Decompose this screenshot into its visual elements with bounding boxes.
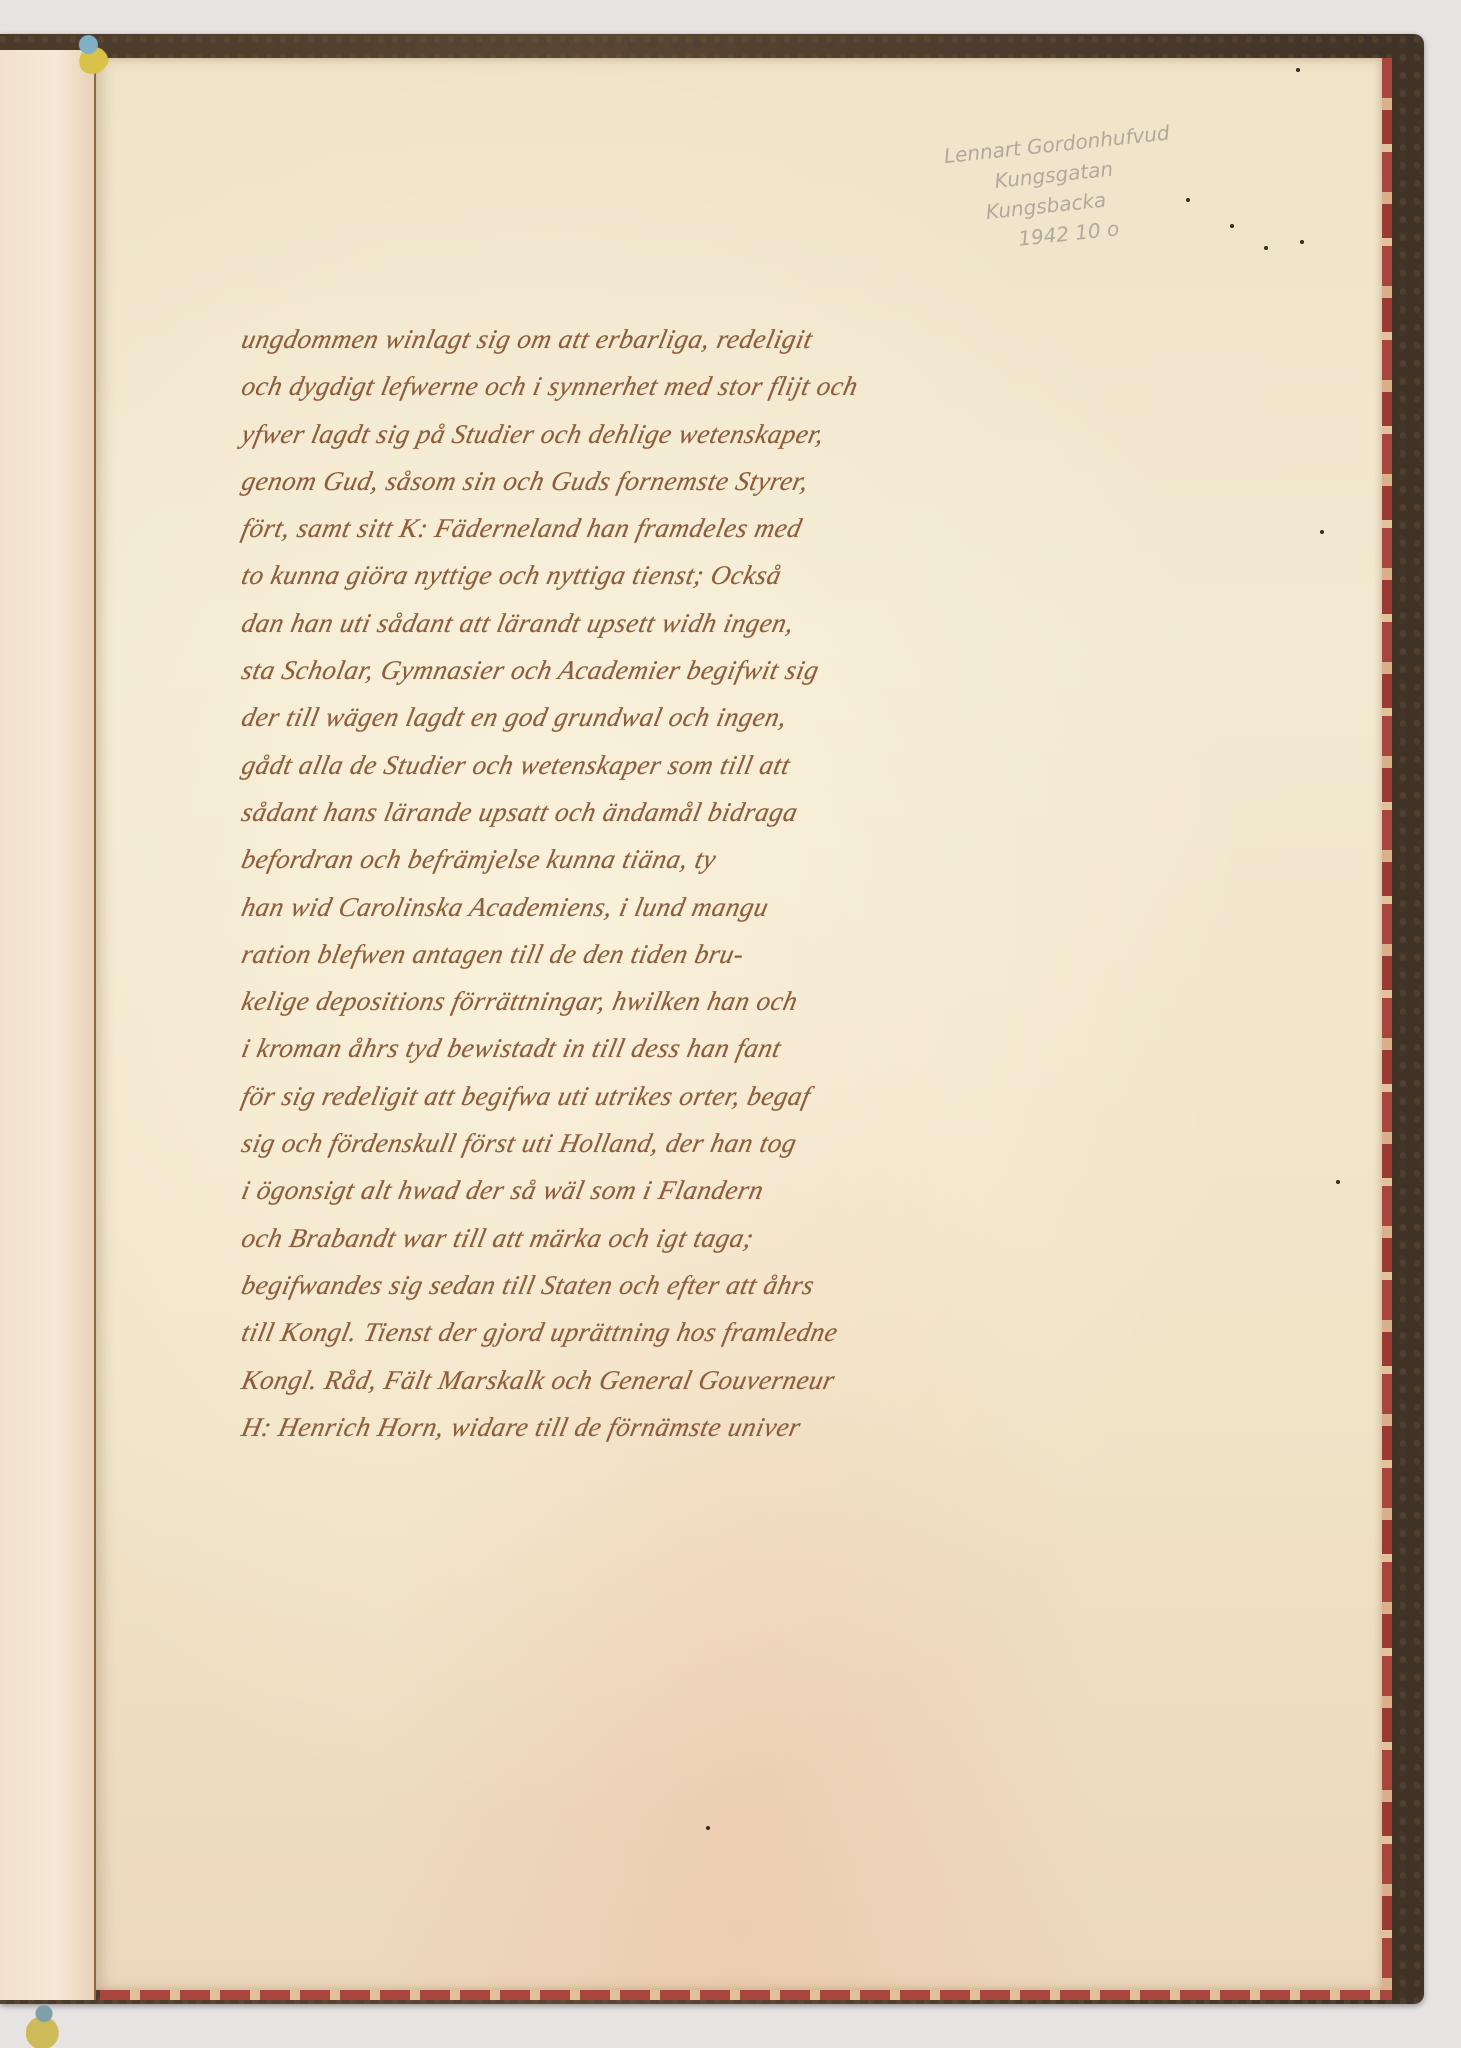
manuscript-line: sådant hans lärande upsatt och ändamål b…: [237, 789, 1207, 836]
foxing-spot: [1264, 246, 1268, 250]
manuscript-line: gådt alla de Studier och wetenskaper som…: [237, 742, 1207, 789]
manuscript-line: to kunna giöra nyttige och nyttiga tiens…: [237, 552, 1207, 599]
manuscript-line: ungdommen winlagt sig om att erbarliga, …: [237, 316, 1207, 363]
manuscript-line: sig och fördenskull först uti Holland, d…: [237, 1120, 1207, 1167]
foxing-spot: [1186, 198, 1190, 202]
manuscript-line: i kroman åhrs tyd bewistadt in till dess…: [237, 1025, 1207, 1072]
manuscript-line: der till wägen lagdt en god grundwal och…: [237, 694, 1207, 741]
foxing-spot: [1300, 240, 1304, 244]
manuscript-line: begifwandes sig sedan till Staten och ef…: [237, 1262, 1207, 1309]
foxing-spot: [1230, 224, 1234, 228]
manuscript-line: för sig redeligit att begifwa uti utrike…: [237, 1073, 1207, 1120]
manuscript-line: dan han uti sådant att lärandt upsett wi…: [237, 600, 1207, 647]
manuscript-line: fört, samt sitt K: Fäderneland han framd…: [237, 505, 1207, 552]
manuscript-line: till Kongl. Tienst der gjord uprättning …: [237, 1309, 1207, 1356]
foxing-spot: [706, 1826, 710, 1830]
left-page-verso: [0, 50, 96, 2000]
foxing-spot: [1296, 68, 1300, 72]
manuscript-line: kelige depositions förrättningar, hwilke…: [237, 978, 1207, 1025]
tailband-thread: [26, 2005, 62, 2048]
manuscript-line: H: Henrich Horn, widare till de förnämst…: [237, 1404, 1207, 1451]
manuscript-line: sta Scholar, Gymnasier och Academier beg…: [237, 647, 1207, 694]
manuscript-text-block: ungdommen winlagt sig om att erbarliga, …: [242, 316, 1202, 1451]
manuscript-line: Kongl. Råd, Fält Marskalk och General Go…: [237, 1357, 1207, 1404]
marbled-bottom-edge: [100, 1990, 1392, 2000]
foxing-spot: [1336, 1180, 1340, 1184]
manuscript-line: ration blefwen antagen till de den tiden…: [237, 931, 1207, 978]
manuscript-line: i ögonsigt alt hwad der så wäl som i Fla…: [237, 1167, 1207, 1214]
headband-thread: [74, 32, 110, 74]
manuscript-line: och dygdigt lefwerne och i synnerhet med…: [237, 363, 1207, 410]
foxing-spot: [1320, 530, 1324, 534]
manuscript-line: yfwer lagdt sig på Studier och dehlige w…: [237, 411, 1207, 458]
manuscript-line: och Brabandt war till att märka och igt …: [237, 1215, 1207, 1262]
manuscript-line: genom Gud, såsom sin och Guds fornemste …: [237, 458, 1207, 505]
manuscript-line: han wid Carolinska Academiens, i lund ma…: [237, 884, 1207, 931]
manuscript-line: befordran och befrämjelse kunna tiäna, t…: [237, 836, 1207, 883]
